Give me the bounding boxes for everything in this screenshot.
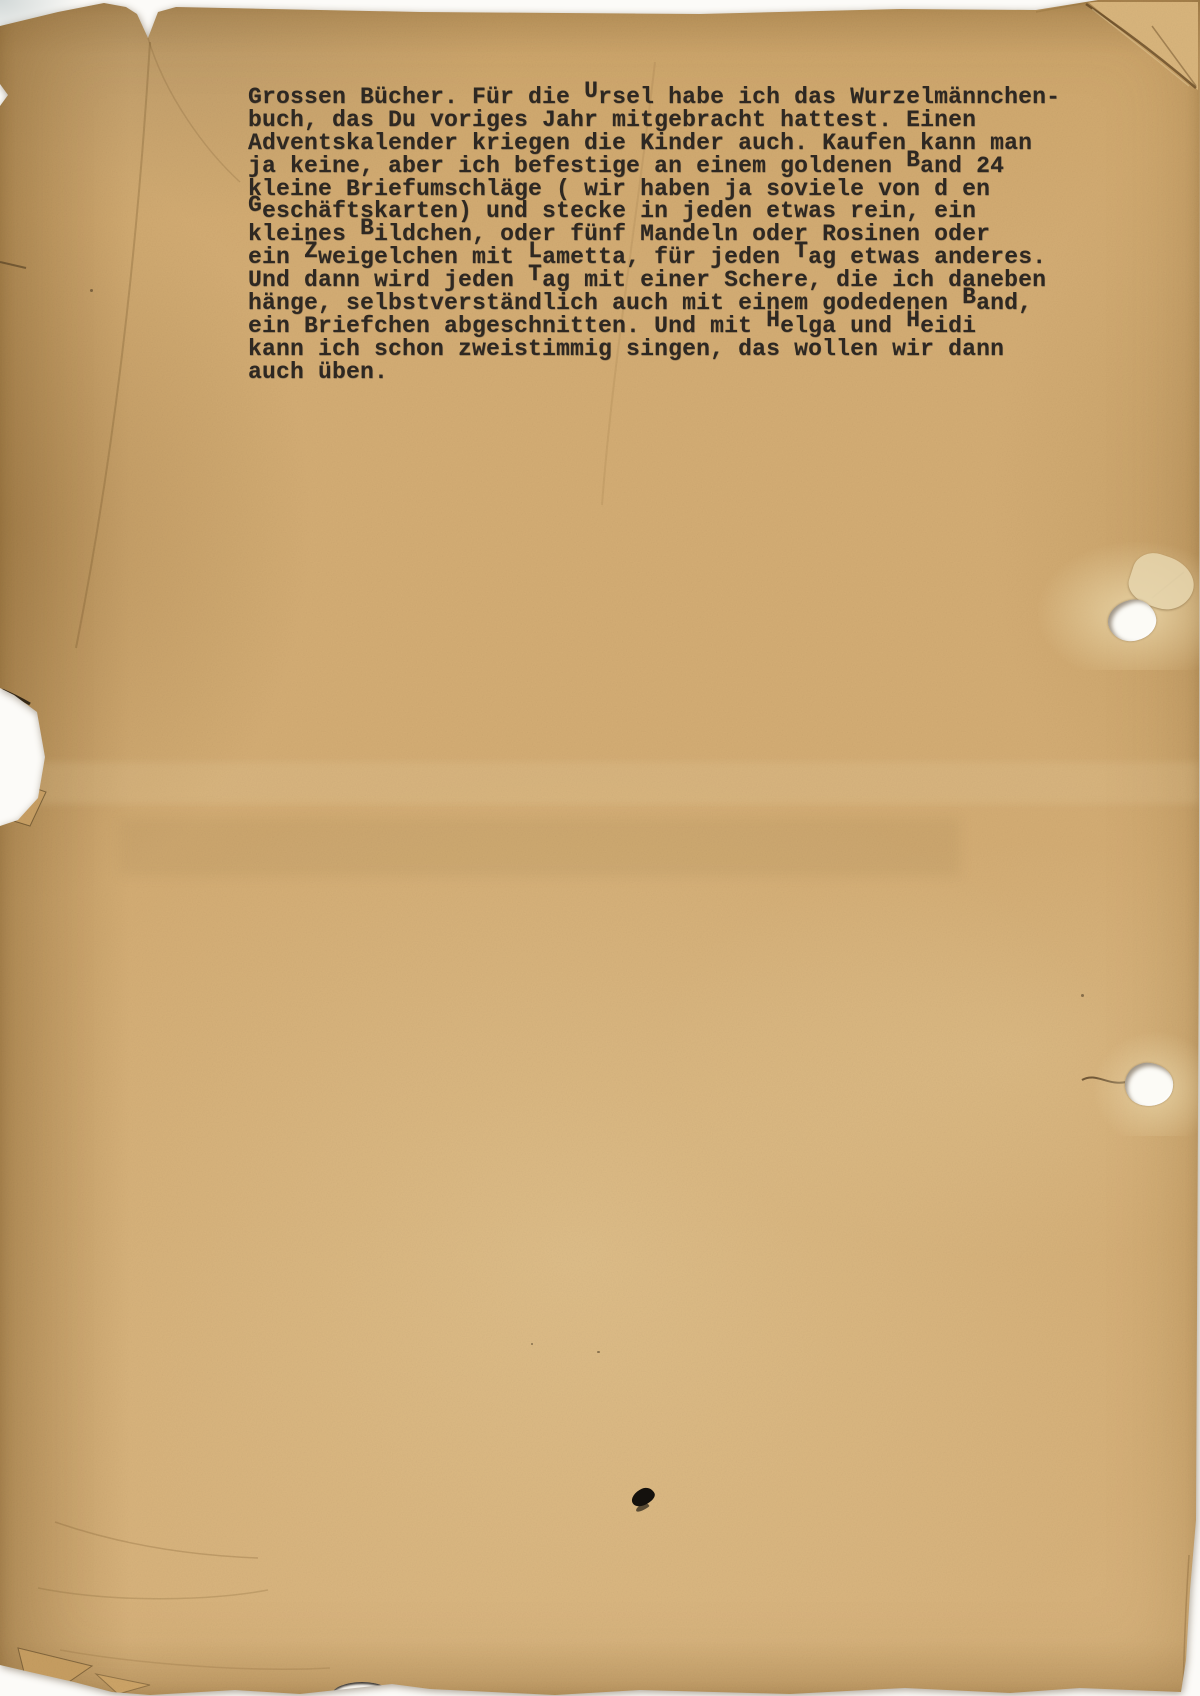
paper-texture [0,0,1200,1696]
ink-speck [597,1351,600,1353]
ink-speck [1081,994,1084,997]
scan-background: Grossen Bücher. Für die Ursel habe ich d… [0,0,1200,1696]
letter-page-wrap: Grossen Bücher. Für die Ursel habe ich d… [0,0,1200,1696]
ink-speck [531,1343,533,1345]
ink-speck [90,289,93,292]
letter-page: Grossen Bücher. Für die Ursel habe ich d… [0,0,1200,1696]
